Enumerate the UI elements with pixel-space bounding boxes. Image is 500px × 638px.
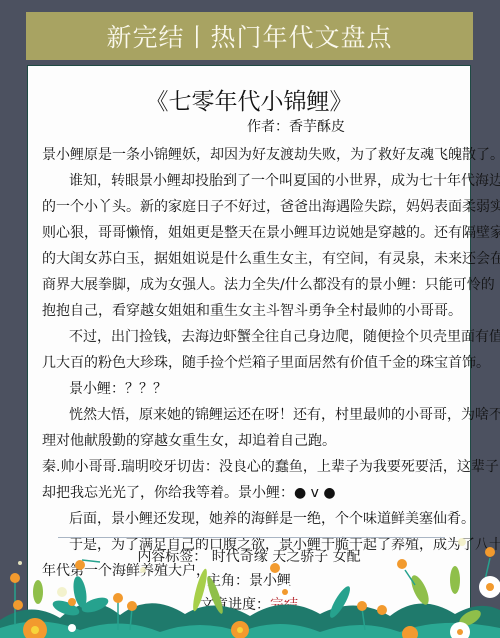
header-banner: 新完结丨热门年代文盘点: [26, 12, 473, 60]
synopsis-line: 后面，景小鲤还发现，她养的海鲜是一绝，个个味道鲜美塞仙肴。: [42, 506, 462, 532]
synopsis-line: 秦.帅小哥哥.瑞明咬牙切齿：没良心的蠢鱼，上辈子为我要死要活，这辈子: [42, 454, 462, 480]
synopsis-line: 抱抱自己，看穿越女姐姐和重生女主斗智斗勇争全村最帅的小哥哥。: [42, 298, 462, 324]
synopsis-line: 谁知，转眼景小鲤却投胎到了一个叫夏国的小世界，成为七十年代海边: [42, 168, 462, 194]
synopsis-line: 景小鲤：？？？: [42, 376, 462, 402]
book-title: 《七零年代小锦鲤》: [28, 83, 470, 116]
synopsis-line: 商界大展拳脚，成为女强人。法力全失/什么都没有的景小鲤：只能可怜的: [42, 272, 462, 298]
synopsis-line: 则心狠，哥哥懒惰，姐姐更是整天在景小鲤耳边说她是穿越的。还有隔壁家: [42, 220, 462, 246]
header-title: 新完结丨热门年代文盘点: [106, 18, 392, 54]
synopsis-line: 理对他献殷勤的穿越女重生女，却追着自己跑。: [42, 428, 462, 454]
tags-value: 时代奇缘 天之骄子 女配: [212, 549, 361, 565]
status-badge: 完结: [270, 597, 298, 613]
tags-label: 内容标签：: [137, 549, 207, 565]
synopsis-line: 不过，出门捡钱，去海边虾蟹全往自己身边爬，随便捡个贝壳里面有值: [42, 324, 462, 350]
progress-label: 文章进度：: [200, 597, 270, 613]
synopsis-line: 的大闺女苏白玉，据姐姐说是什么重生女主，有空间，有灵泉，未来还会在: [42, 246, 462, 272]
synopsis-line: 景小鲤原是一条小锦鲤妖，却因为好友渡劫失败，为了救好友魂飞魄散了。: [42, 142, 462, 168]
progress-line: 文章进度：完结: [28, 594, 470, 614]
book-card: 《七零年代小锦鲤》 作者：香芋酥皮 景小鲤原是一条小锦鲤妖，却因为好友渡劫失败，…: [27, 65, 471, 625]
protagonist-label: 主角：: [207, 573, 249, 589]
protagonist-line: 主角：景小鲤: [28, 570, 470, 590]
synopsis: 景小鲤原是一条小锦鲤妖，却因为好友渡劫失败，为了救好友魂飞魄散了。 谁知，转眼景…: [42, 142, 462, 584]
divider: [58, 537, 445, 538]
synopsis-line: 的一个小丫头。新的家庭日子不好过，爸爸出海遇险失踪，妈妈表面柔弱实: [42, 194, 462, 220]
synopsis-line: 恍然大悟，原来她的锦鲤运还在呀！还有，村里最帅的小哥哥，为啥不: [42, 402, 462, 428]
author-name: 香芋酥皮: [289, 119, 345, 135]
synopsis-line: 却把我忘光光了，你给我等着。景小鲤：● v ●: [42, 480, 462, 506]
synopsis-line: 几大百的粉色大珍珠，随手捡个烂箱子里面居然有价值千金的珠宝首饰。: [42, 350, 462, 376]
author-line: 作者：香芋酥皮: [247, 116, 345, 136]
tags-line: 内容标签： 时代奇缘 天之骄子 女配: [28, 546, 470, 566]
author-label: 作者：: [247, 119, 289, 135]
protagonist-value: 景小鲤: [249, 573, 291, 589]
